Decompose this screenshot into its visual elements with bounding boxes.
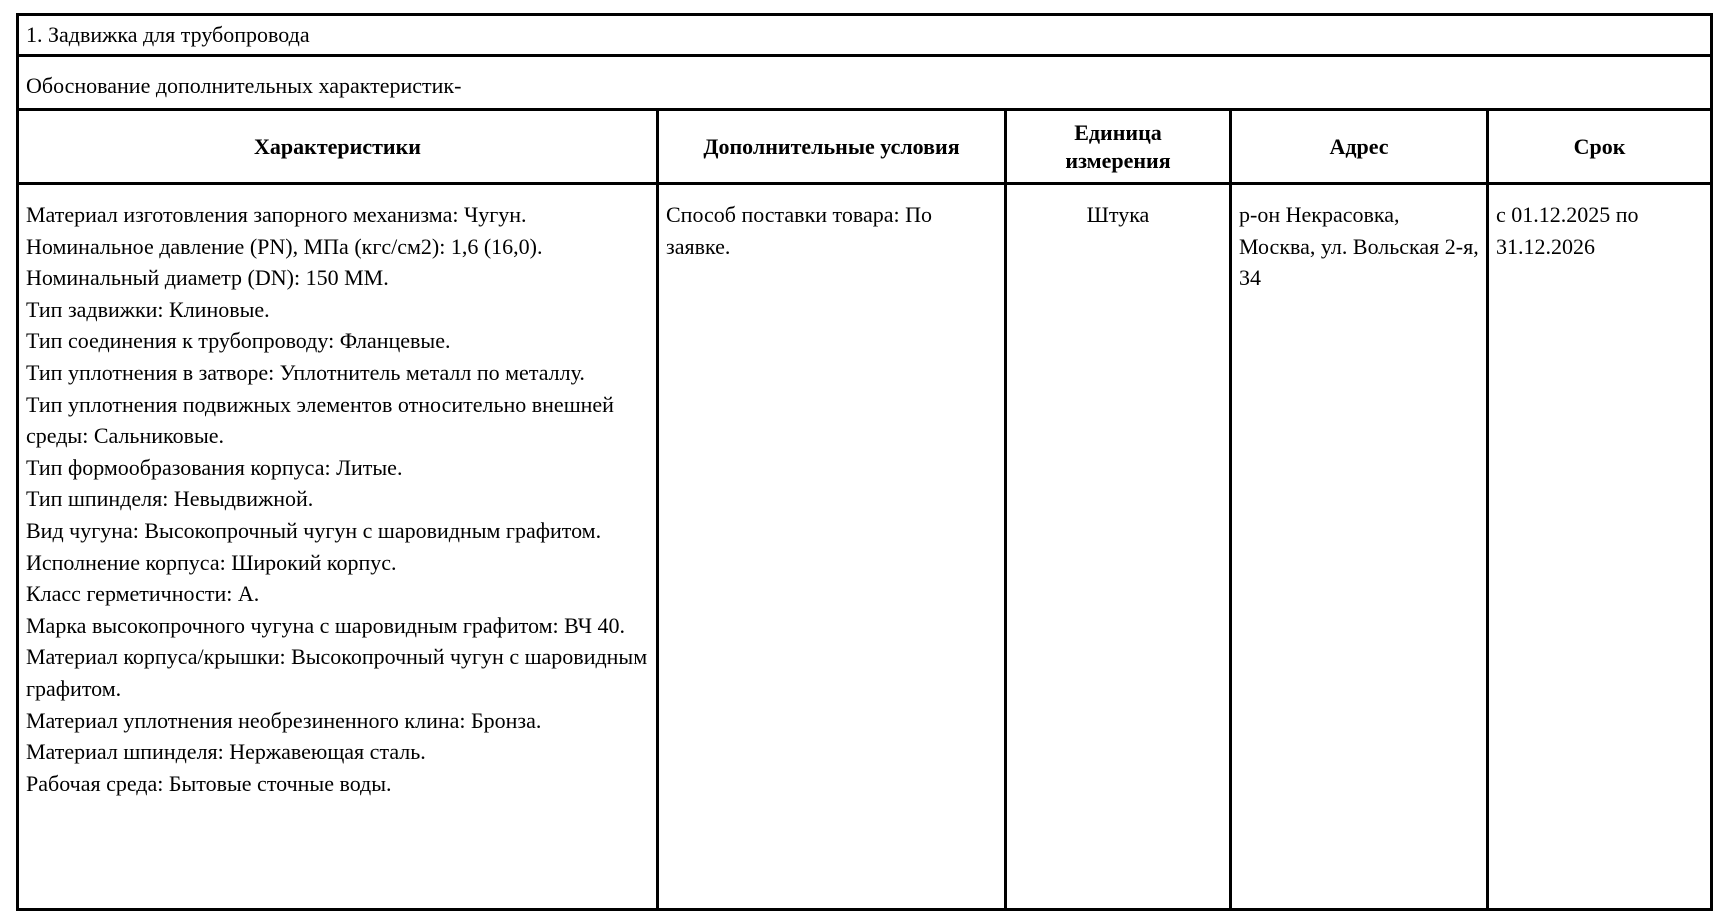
characteristic-item: Исполнение корпуса: Широкий корпус. — [26, 547, 649, 579]
term-cell: с 01.12.2025 по 31.12.2026 — [1486, 185, 1710, 908]
characteristic-item: Материал корпуса/крышки: Высокопрочный ч… — [26, 641, 649, 704]
characteristic-item: Вид чугуна: Высокопрочный чугун с шарови… — [26, 515, 649, 547]
characteristic-item: Тип задвижки: Клиновые. — [26, 294, 649, 326]
characteristic-item: Тип уплотнения в затворе: Уплотнитель ме… — [26, 357, 649, 389]
characteristic-item: Номинальное давление (PN), МПа (кгс/см2)… — [26, 231, 649, 263]
characteristic-item: Материал изготовления запорного механизм… — [26, 199, 649, 231]
column-header-unit: Единица измерения — [1004, 111, 1229, 182]
column-header-unit-label: Единица измерения — [1058, 119, 1178, 175]
characteristic-item: Материал шпинделя: Нержавеющая сталь. — [26, 736, 649, 768]
justification-subtitle: Обоснование дополнительных характеристик… — [19, 57, 1710, 111]
characteristic-item: Марка высокопрочного чугуна с шаровидным… — [26, 610, 649, 642]
address-cell: р-он Некрасовка, Москва, ул. Вольская 2-… — [1229, 185, 1486, 908]
characteristics-cell: Материал изготовления запорного механизм… — [19, 185, 656, 908]
unit-cell: Штука — [1004, 185, 1229, 908]
table-row: Материал изготовления запорного механизм… — [19, 185, 1710, 908]
column-header-characteristics: Характеристики — [19, 111, 656, 182]
table-header-row: Характеристики Дополнительные условия Ед… — [19, 111, 1710, 185]
characteristic-item: Номинальный диаметр (DN): 150 ММ. — [26, 262, 649, 294]
characteristic-item: Рабочая среда: Бытовые сточные воды. — [26, 768, 649, 800]
column-header-conditions: Дополнительные условия — [656, 111, 1004, 182]
characteristic-item: Тип уплотнения подвижных элементов относ… — [26, 389, 649, 452]
characteristic-item: Тип формообразования корпуса: Литые. — [26, 452, 649, 484]
item-title: 1. Задвижка для трубопровода — [19, 16, 1710, 57]
column-header-address: Адрес — [1229, 111, 1486, 182]
specification-table: 1. Задвижка для трубопровода Обоснование… — [16, 13, 1713, 911]
column-header-term: Срок — [1486, 111, 1710, 182]
characteristic-item: Материал уплотнения необрезиненного клин… — [26, 705, 649, 737]
conditions-cell: Способ поставки товара: По заявке. — [656, 185, 1004, 908]
characteristic-item: Класс герметичности: А. — [26, 578, 649, 610]
characteristic-item: Тип соединения к трубопроводу: Фланцевые… — [26, 325, 649, 357]
characteristic-item: Тип шпинделя: Невыдвижной. — [26, 483, 649, 515]
